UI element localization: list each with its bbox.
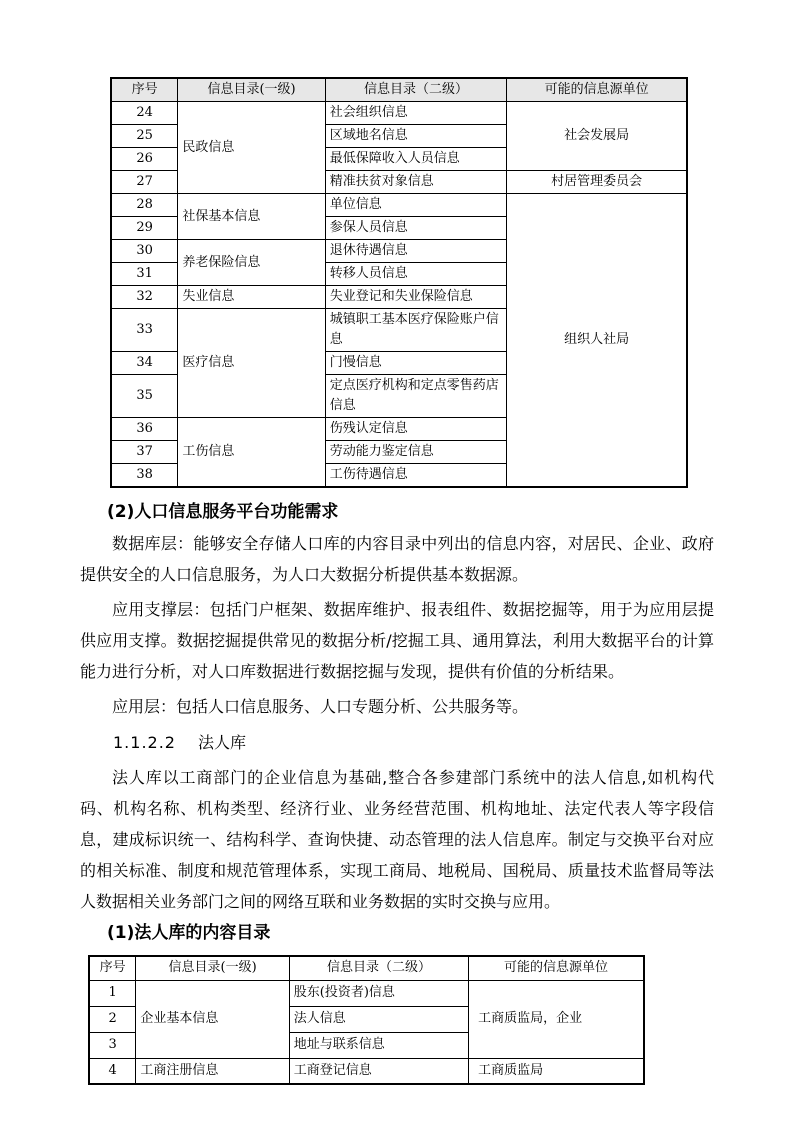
- population-info-table: 序号 信息目录(一级) 信息目录（二级） 可能的信息源单位 24 民政信息 社会…: [110, 77, 688, 488]
- heading-number: 1.1.2.2: [113, 733, 176, 752]
- level1-cell: 社保基本信息: [178, 194, 325, 240]
- level2-cell: 区域地名信息: [325, 125, 506, 148]
- header-cell-source: 可能的信息源单位: [469, 956, 644, 980]
- row-no-cell: 25: [111, 125, 178, 148]
- level2-cell: 失业登记和失业保险信息: [325, 286, 506, 309]
- level1-cell: 企业基本信息: [136, 980, 289, 1058]
- level2-cell: 股东(投资者)信息: [289, 980, 468, 1006]
- row-no-cell: 37: [111, 441, 178, 464]
- legal-entity-table: 序号 信息目录(一级) 信息目录（二级） 可能的信息源单位 1 企业基本信息 股…: [88, 955, 645, 1085]
- level1-cell: 民政信息: [178, 102, 325, 194]
- level2-cell: 伤残认定信息: [325, 418, 506, 441]
- level2-cell: 精准扶贫对象信息: [325, 171, 506, 194]
- source-cell: 组织人社局: [507, 194, 687, 488]
- header-cell-level2: 信息目录（二级）: [325, 78, 506, 102]
- header-cell-level1: 信息目录(一级): [178, 78, 325, 102]
- row-no-cell: 26: [111, 148, 178, 171]
- level2-cell: 定点医疗机构和定点零售药店信息: [325, 375, 506, 418]
- table-header-row: 序号 信息目录(一级) 信息目录（二级） 可能的信息源单位: [89, 956, 644, 980]
- level1-cell: 养老保险信息: [178, 240, 325, 286]
- level1-cell: 医疗信息: [178, 309, 325, 418]
- level2-cell: 单位信息: [325, 194, 506, 217]
- row-no-cell: 34: [111, 352, 178, 375]
- source-cell: 工商质监局，企业: [469, 980, 644, 1058]
- source-cell: 工商质监局: [469, 1058, 644, 1084]
- header-cell-level1: 信息目录(一级): [136, 956, 289, 980]
- row-no-cell: 27: [111, 171, 178, 194]
- source-cell: 村居管理委员会: [507, 171, 687, 194]
- row-no-cell: 2: [89, 1006, 136, 1032]
- row-no-cell: 29: [111, 217, 178, 240]
- header-cell-no: 序号: [111, 78, 178, 102]
- paragraph-application-layer: 应用层：包括人口信息服务、人口专题分析、公共服务等。: [80, 691, 714, 722]
- level2-cell: 劳动能力鉴定信息: [325, 441, 506, 464]
- table-row: 1 企业基本信息 股东(投资者)信息 工商质监局，企业: [89, 980, 644, 1006]
- heading-label: 法人库: [198, 733, 246, 752]
- level1-cell: 失业信息: [178, 286, 325, 309]
- level2-cell: 工伤待遇信息: [325, 464, 506, 488]
- paragraph-database-layer: 数据库层：能够安全存储人口库的内容目录中列出的信息内容，对居民、企业、政府提供安…: [80, 528, 714, 590]
- row-no-cell: 24: [111, 102, 178, 125]
- section-title-legal-catalog: (1)法人库的内容目录: [80, 921, 714, 945]
- level2-cell: 退休待遇信息: [325, 240, 506, 263]
- table-row: 28 社保基本信息 单位信息 组织人社局: [111, 194, 687, 217]
- level2-cell: 最低保障收入人员信息: [325, 148, 506, 171]
- header-cell-source: 可能的信息源单位: [507, 78, 687, 102]
- paragraph-support-layer: 应用支撑层：包括门户框架、数据库维护、报表组件、数据挖掘等，用于为应用层提供应用…: [80, 594, 714, 687]
- header-cell-no: 序号: [89, 956, 136, 980]
- level1-cell: 工伤信息: [178, 418, 325, 488]
- table-row: 24 民政信息 社会组织信息 社会发展局: [111, 102, 687, 125]
- heading-legal-entity-db: 1.1.2.2法人库: [80, 727, 714, 758]
- section-title-functional-requirements: (2)人口信息服务平台功能需求: [80, 500, 714, 524]
- paragraph-legal-entity-db: 法人库以工商部门的企业信息为基础,整合各参建部门系统中的法人信息,如机构代码、机…: [80, 762, 714, 917]
- row-no-cell: 36: [111, 418, 178, 441]
- level2-cell: 地址与联系信息: [289, 1032, 468, 1058]
- table-header-row: 序号 信息目录(一级) 信息目录（二级） 可能的信息源单位: [111, 78, 687, 102]
- source-cell: 社会发展局: [507, 102, 687, 171]
- row-no-cell: 33: [111, 309, 178, 352]
- row-no-cell: 32: [111, 286, 178, 309]
- row-no-cell: 1: [89, 980, 136, 1006]
- level2-cell: 社会组织信息: [325, 102, 506, 125]
- row-no-cell: 31: [111, 263, 178, 286]
- document-content: 序号 信息目录(一级) 信息目录（二级） 可能的信息源单位 24 民政信息 社会…: [80, 77, 714, 1085]
- row-no-cell: 30: [111, 240, 178, 263]
- row-no-cell: 28: [111, 194, 178, 217]
- table-row: 4 工商注册信息 工商登记信息 工商质监局: [89, 1058, 644, 1084]
- level2-cell: 法人信息: [289, 1006, 468, 1032]
- level2-cell: 门慢信息: [325, 352, 506, 375]
- row-no-cell: 3: [89, 1032, 136, 1058]
- level2-cell: 工商登记信息: [289, 1058, 468, 1084]
- header-cell-level2: 信息目录（二级）: [289, 956, 468, 980]
- document-page: 序号 信息目录(一级) 信息目录（二级） 可能的信息源单位 24 民政信息 社会…: [0, 0, 793, 1122]
- level2-cell: 城镇职工基本医疗保险账户信息: [325, 309, 506, 352]
- row-no-cell: 38: [111, 464, 178, 488]
- level2-cell: 转移人员信息: [325, 263, 506, 286]
- row-no-cell: 4: [89, 1058, 136, 1084]
- level1-cell: 工商注册信息: [136, 1058, 289, 1084]
- row-no-cell: 35: [111, 375, 178, 418]
- level2-cell: 参保人员信息: [325, 217, 506, 240]
